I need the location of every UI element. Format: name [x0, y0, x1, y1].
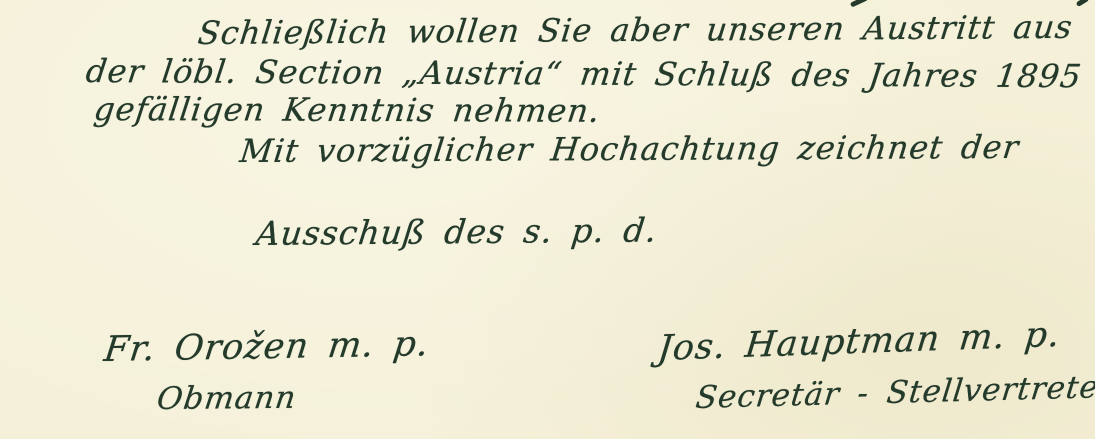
committee-line: Ausschuß des s. p. d.: [254, 212, 659, 252]
letter-body-line-3: gefälligen Kenntnis nehmen.: [92, 92, 602, 129]
ink-stroke-fragment: [850, 0, 868, 8]
signature-right-title: Secretär - Stellvertreter: [694, 370, 1095, 415]
letter-closing-line: Mit vorzüglicher Hochachtung zeichnet de…: [238, 130, 1021, 169]
letter-body-line-1: Schließlich wollen Sie aber unseren Aust…: [196, 10, 1075, 51]
document-page: Schließlich wollen Sie aber unseren Aust…: [0, 0, 1095, 439]
letter-body-line-2: der löbl. Section „Austria“ mit Schluß d…: [84, 54, 1095, 95]
signature-left-title: Obmann: [155, 381, 299, 416]
signature-right-name: Jos. Hauptman m. p.: [656, 316, 1062, 369]
ink-stroke-fragment: [1076, 0, 1090, 7]
signature-left-name: Fr. Orožen m. p.: [102, 325, 431, 369]
